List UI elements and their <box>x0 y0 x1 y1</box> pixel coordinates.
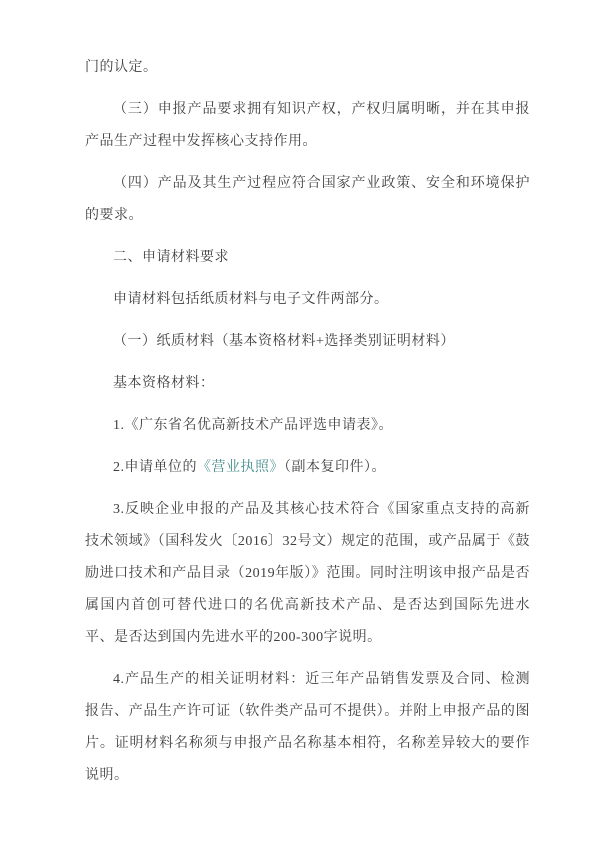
paragraph-4: 二、申请材料要求 <box>85 242 530 274</box>
text-segment: 基本资格材料： <box>113 376 215 391</box>
paragraph-7: 基本资格材料： <box>85 368 530 400</box>
text-segment: （一）纸质材料（基本资格材料+选择类别证明材料） <box>113 334 455 349</box>
paragraph-6: （一）纸质材料（基本资格材料+选择类别证明材料） <box>85 326 530 358</box>
paragraph-5: 申请材料包括纸质材料与电子文件两部分。 <box>85 284 530 316</box>
paragraph-10: 3.反映企业申报的产品及其核心技术符合《国家重点支持的高新技术领域》（国科发火〔… <box>85 494 530 654</box>
paragraph-8: 1.《广东省名优高新技术产品评选申请表》。 <box>85 410 530 442</box>
text-segment: 二、申请材料要求 <box>113 250 229 265</box>
paragraph-3: （四）产品及其生产过程应符合国家产业政策、安全和环境保护的要求。 <box>85 168 530 232</box>
text-segment: 3.反映企业申报的产品及其核心技术符合《国家重点支持的高新技术领域》（国科发火〔… <box>85 502 530 645</box>
text-segment: 2.申请单位的 <box>113 460 197 475</box>
text-segment: 申请材料包括纸质材料与电子文件两部分。 <box>113 292 389 307</box>
document-page: 门的认定。（三）申报产品要求拥有知识产权，产权归属明晰，并在其申报产品生产过程中… <box>0 0 616 859</box>
text-segment: （四）产品及其生产过程应符合国家产业政策、安全和环境保护的要求。 <box>85 176 530 223</box>
paragraph-1: 门的认定。 <box>85 52 530 84</box>
text-segment: 门的认定。 <box>85 60 158 75</box>
text-segment: （副本复印件）。 <box>284 460 386 475</box>
paragraph-9: 2.申请单位的《营业执照》（副本复印件）。 <box>85 452 530 484</box>
paragraph-11: 4.产品生产的相关证明材料：近三年产品销售发票及合同、检测报告、产品生产许可证（… <box>85 664 530 792</box>
text-segment: 4.产品生产的相关证明材料：近三年产品销售发票及合同、检测报告、产品生产许可证（… <box>85 672 530 783</box>
text-segment: 1.《广东省名优高新技术产品评选申请表》。 <box>113 418 393 433</box>
paragraph-2: （三）申报产品要求拥有知识产权，产权归属明晰，并在其申报产品生产过程中发挥核心支… <box>85 94 530 158</box>
text-segment: （三）申报产品要求拥有知识产权，产权归属明晰，并在其申报产品生产过程中发挥核心支… <box>85 102 530 149</box>
document-body: 门的认定。（三）申报产品要求拥有知识产权，产权归属明晰，并在其申报产品生产过程中… <box>85 52 530 792</box>
highlighted-text: 《营业执照》 <box>197 460 284 475</box>
